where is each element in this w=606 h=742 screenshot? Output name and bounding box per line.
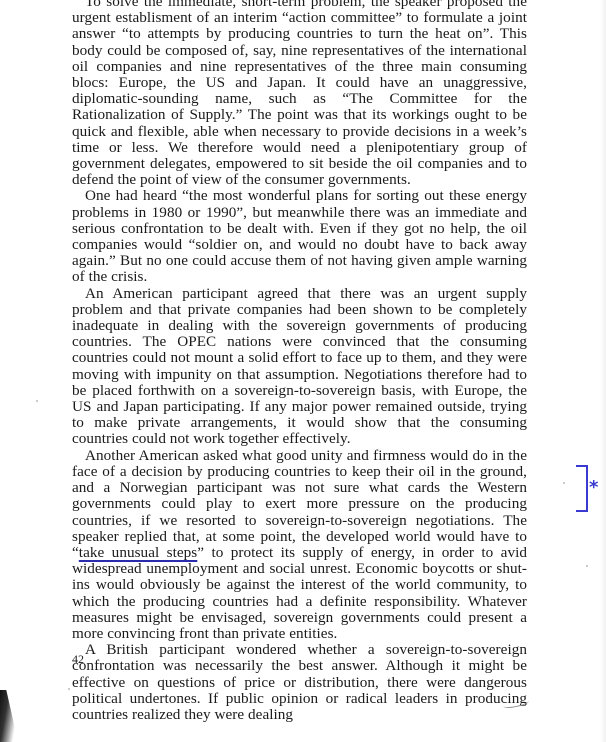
margin-bracket-annotation (576, 465, 588, 512)
paragraph-4: Another American asked what good unity a… (72, 448, 527, 642)
paragraph-text: One had heard “the most wonderful plans … (72, 187, 527, 285)
paragraph-text: To solve the immediate, short-term probl… (72, 0, 527, 188)
body-text: To solve the immediate, short-term probl… (72, 0, 527, 723)
paragraph-5: A British participant wondered whether a… (72, 642, 527, 723)
paragraph-1: To solve the immediate, short-term probl… (72, 0, 527, 188)
paragraph-text: An American participant agreed that ther… (72, 285, 527, 448)
scan-speck (586, 565, 588, 567)
page-number: 42 (72, 652, 84, 667)
scan-speck (563, 482, 565, 484)
scan-speck (36, 400, 38, 402)
asterisk-icon: * (589, 477, 598, 498)
paragraph-text: A British participant wondered whether a… (72, 641, 527, 723)
scanned-page: To solve the immediate, short-term probl… (0, 0, 606, 742)
scan-speck (68, 688, 70, 690)
paragraph-2: One had heard “the most wonderful plans … (72, 188, 527, 285)
paragraph-3: An American participant agreed that ther… (72, 286, 527, 448)
scan-shadow (0, 690, 18, 742)
page-edge (600, 0, 606, 742)
handwritten-underline: take unusual steps (79, 544, 197, 561)
